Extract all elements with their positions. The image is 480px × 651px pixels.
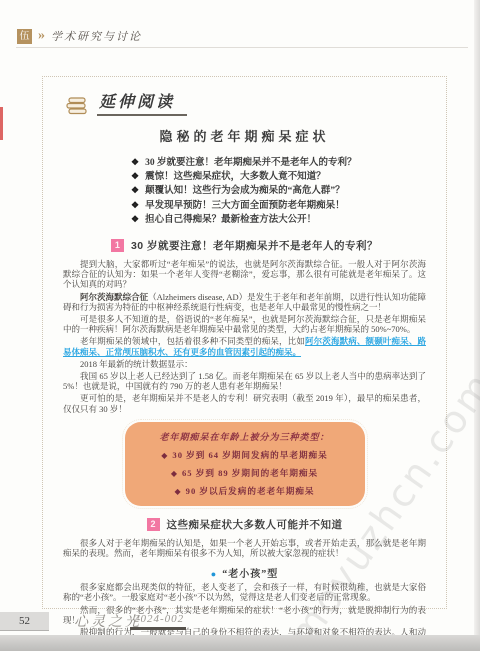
highlight-text: 担心自己得痴呆？最新检查方法大公开！ [145,215,316,225]
old-child-subtitle: ●“老小孩”型 [63,565,426,580]
section1-title: 30 岁就要注意！老年期痴呆并不是老年人的专利？ [131,238,378,253]
page-edge-shadow [474,0,480,651]
running-head-title: 学术研究与讨论 [51,28,142,44]
paragraph: 很多家庭都会出现类似的特征，老人变老了，会和孩子一样，有时候很幼稚，也就是大家俗… [63,582,426,602]
highlight-text: 颠覆认知！这些行为会成为痴呆的“高危人群”？ [145,186,345,196]
extended-reading-box: 延伸阅读 隐秘的老年期痴呆症状 ❖30 岁就要注意！老年期痴呆并不是老年人的专利… [42,76,447,609]
age-item-text: 90 岁以后发病的老老年期痴呆 [186,486,315,496]
diamond-bullet-icon: ❖ [131,214,139,224]
paragraph: 我国 65 岁以上老人已经达到了 1.58 亿。而老年期痴呆在 65 岁以上老人… [63,371,426,391]
extended-reading-label: 延伸阅读 [97,89,187,116]
highlight-text: 震惊！这些痴呆症状，大多数人竟不知道？ [145,172,326,182]
diamond-bullet-icon: ❖ [131,185,139,195]
highlight-text: 早发现早预防！三大方面全面预防老年期痴呆！ [145,201,345,211]
highlight-item: ❖颠覆认知！这些行为会成为痴呆的“高危人群”？ [131,184,426,198]
section2-number-badge: 2 [147,518,160,531]
section2-heading: 2 这些痴呆症状大多数人可能并不知道 [63,517,426,532]
paragraph: 提到大脑，大家都听过“老年痴呆”的说法，也就是阿尔茨海默综合征。一般人对于阿尔茨… [63,259,426,290]
paragraph: 阿尔茨海默综合征（Alzheimers disease, AD）是发生于老年和老… [63,292,426,312]
highlight-list: ❖30 岁就要注意！老年期痴呆并不是老年人的专利？ ❖震惊！这些痴呆症状，大多数… [131,156,426,227]
highlight-item: ❖早发现早预防！三大方面全面预防老年期痴呆！ [131,199,426,213]
age-callout-item: ◆90 岁以后发病的老老年期痴呆 [135,485,355,497]
paragraph: 很多人对于老年期痴呆的认知是，如果一个老人开始忘事，或者开始走丢，那么就是老年期… [63,538,426,558]
diamond-bullet-icon: ❖ [131,157,139,167]
section1-number-badge: 1 [111,239,124,252]
age-callout-item: ◆30 岁到 64 岁期间发病的早老期痴呆 [135,449,355,461]
scan-bottom-edge [0,635,480,651]
age-categories-callout: 老年期痴呆在年龄上被分为三种类型： ◆30 岁到 64 岁期间发病的早老期痴呆 … [125,422,365,506]
dot-bullet-icon: ● [211,569,217,579]
chapter-number-badge: 伍 [17,29,32,44]
diamond-bullet-icon: ❖ [131,171,139,181]
section1-heading: 1 30 岁就要注意！老年期痴呆并不是老年人的专利？ [63,238,426,253]
paragraph: 老年期痴呆的领域中，包括着很多种不同类型的痴呆，比如阿尔茨海默病、额颞叶痴呆、路… [63,336,426,356]
page-number: 52 [0,612,49,631]
age-callout-title: 老年期痴呆在年龄上被分为三种类型： [135,430,355,443]
paragraph: 2018 年最新的统计数据显示： [63,359,426,369]
highlight-item: ❖担心自己得痴呆？最新检查方法大公开！ [131,213,426,227]
paragraph: 更可怕的是，老年期痴呆并不是老人的专利！研究表明（截至 2019 年），最早的痴… [63,393,426,413]
page-header: 伍 » 学术研究与讨论 [17,28,142,44]
highlight-item: ❖震惊！这些痴呆症状，大多数人竟不知道？ [131,170,426,184]
highlight-text: 30 岁就要注意！老年期痴呆并不是老年人的专利？ [145,158,356,168]
small-diamond-icon: ◆ [174,487,181,496]
age-item-text: 30 岁到 64 岁期间发病的早老期痴呆 [172,450,327,460]
age-item-text: 65 岁到 89 岁期间的老年期痴呆 [182,468,318,478]
highlight-item: ❖30 岁就要注意！老年期痴呆并不是老年人的专利？ [131,156,426,170]
section2-title: 这些痴呆症状大多数人可能并不知道 [167,517,343,532]
header-divider [16,47,468,48]
chevron-right-icon: » [38,29,45,43]
age-callout-item: ◆65 岁到 89 岁期间的老年期痴呆 [135,467,355,479]
term-bold: 阿尔茨海默综合征 [80,292,148,302]
spine-red-mark [0,107,3,140]
paragraph-text: 老年期痴呆的领域中，包括着很多种不同类型的痴呆，比如 [80,336,305,346]
books-icon [65,97,89,115]
subtitle-text: “老小孩”型 [222,569,278,580]
issue-number: 2024-002 [134,613,184,625]
small-diamond-icon: ◆ [171,469,178,478]
paragraph: 可是很多人不知道的是，俗语说的“老年痴呆”，也就是阿尔茨海默综合征，只是老年期痴… [63,314,426,334]
extended-reading-badge: 延伸阅读 [65,89,426,116]
small-diamond-icon: ◆ [161,451,168,460]
diamond-bullet-icon: ❖ [131,200,139,210]
issue-underline [130,627,186,630]
article-title: 隐秘的老年期痴呆症状 [63,126,426,145]
